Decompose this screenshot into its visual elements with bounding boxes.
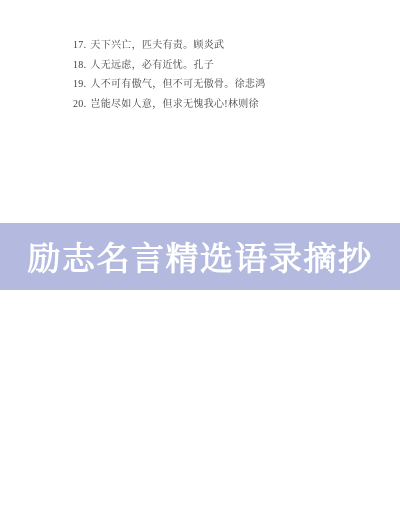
quote-text: 岂能尽如人意，但求无愧我心!林则徐 — [90, 99, 258, 110]
quote-number: 19. — [73, 79, 86, 90]
quote-text: 人不可有傲气，但不可无傲骨。徐悲鸿 — [90, 79, 265, 90]
title-banner: 励志名言精选语录摘抄 — [0, 223, 400, 290]
list-item: 18.人无远虑，必有近忧。孔子 — [73, 56, 266, 76]
page-title: 励志名言精选语录摘抄 — [28, 233, 373, 280]
quote-number: 17. — [73, 40, 86, 51]
quote-number: 20. — [73, 99, 86, 110]
list-item: 17.天下兴亡，匹夫有责。顾炎武 — [73, 36, 266, 56]
document-page: 17.天下兴亡，匹夫有责。顾炎武 18.人无远虑，必有近忧。孔子 19.人不可有… — [0, 0, 400, 517]
quote-number: 18. — [73, 60, 86, 71]
quote-text: 天下兴亡，匹夫有责。顾炎武 — [90, 40, 224, 51]
quote-list: 17.天下兴亡，匹夫有责。顾炎武 18.人无远虑，必有近忧。孔子 19.人不可有… — [73, 36, 266, 114]
list-item: 20.岂能尽如人意，但求无愧我心!林则徐 — [73, 95, 266, 115]
quote-text: 人无远虑，必有近忧。孔子 — [90, 60, 214, 71]
list-item: 19.人不可有傲气，但不可无傲骨。徐悲鸿 — [73, 75, 266, 95]
